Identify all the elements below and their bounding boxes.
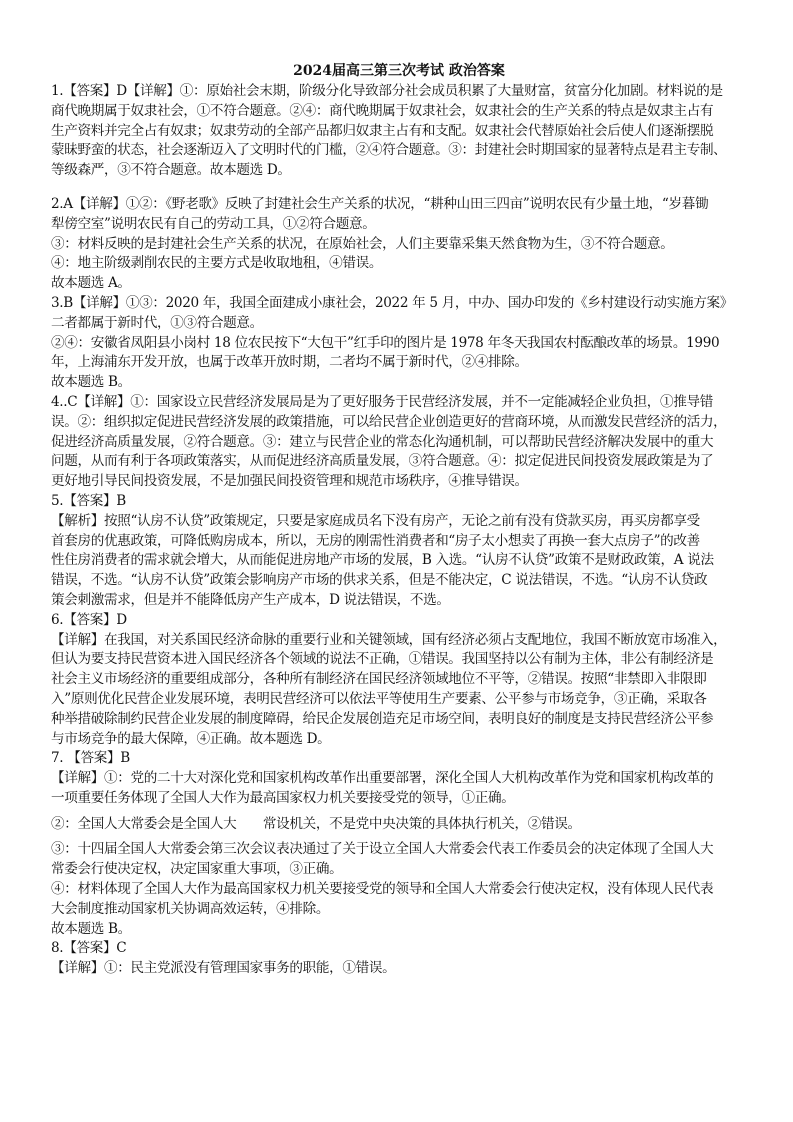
text-line: ④：地主阶级剥削农民的主要方式是收取地租，④错误。 bbox=[51, 254, 747, 274]
text-line: ②：全国人大常委会是全国人大 常设机关，不是党中央决策的具体执行机关，②错误。 bbox=[51, 815, 747, 835]
text-line: ③：十四届全国人大常委会第三次会议表决通过了关于设立全国人大常委会代表工作委员会… bbox=[51, 840, 747, 860]
text-line: 商代晚期属于奴隶社会，①不符合题意。②④：商代晚期属于奴隶社会，奴隶社会的生产关… bbox=[51, 102, 747, 122]
text-line: 策会刺激需求，但是并不能降低房产生产成本，D 说法错误，不选。 bbox=[51, 591, 747, 611]
text-line: 5.【答案】B bbox=[51, 492, 747, 512]
answer-q3: 3.B【详解】①③：2020 年，我国全面建成小康社会，2022 年 5 月，中… bbox=[51, 294, 747, 393]
answer-q7: 7. 【答案】B 【详解】①：党的二十大对深化党和国家机构改革作出重要部署，深化… bbox=[51, 749, 747, 939]
text-line: 等级森严，③不符合题意。故本题选 D。 bbox=[51, 161, 747, 181]
answer-q4: 4..C【详解】①：国家设立民营经济发展局是为了更好服务于民营经济发展，并不一定… bbox=[51, 393, 747, 492]
text-line: ②④：安徽省凤阳县小岗村 18 位农民按下“大包干”红手印的图片是 1978 年… bbox=[51, 334, 747, 354]
text-line: 6.【答案】D bbox=[51, 611, 747, 631]
text-line: 3.B【详解】①③：2020 年，我国全面建成小康社会，2022 年 5 月，中… bbox=[51, 294, 747, 314]
document-title: 2024届高三第三次考试 政治答案 bbox=[51, 62, 747, 80]
text-line: 8.【答案】C bbox=[51, 939, 747, 959]
answer-q1: 1.【答案】D【详解】①：原始社会末期，阶级分化导致部分社会成员积累了大量财富，… bbox=[51, 82, 747, 181]
answer-q5: 5.【答案】B 【解析】按照“认房不认贷”政策规定，只要是家庭成员名下没有房产，… bbox=[51, 492, 747, 611]
text-line: 年，上海浦东开发开放，也属于改革开放时期，二者均不属于新时代，②④排除。 bbox=[51, 353, 747, 373]
text-line: 首套房的优惠政策，可降低购房成本，所以，无房的刚需性消费者和“房子太小想卖了再换… bbox=[51, 532, 747, 552]
text-line: 【详解】①：党的二十大对深化党和国家机构改革作出重要部署，深化全国人大机构改革作… bbox=[51, 769, 747, 789]
text-line: 1.【答案】D【详解】①：原始社会末期，阶级分化导致部分社会成员积累了大量财富，… bbox=[51, 82, 747, 102]
answer-q8: 8.【答案】C 【详解】①：民主党派没有管理国家事务的职能，①错误。 bbox=[51, 939, 747, 979]
text-line: 【详解】在我国，对关系国民经济命脉的重要行业和关键领域，国有经济必须占支配地位，… bbox=[51, 631, 747, 651]
text-line: 常委会行使决定权，决定国家重大事项，③正确。 bbox=[51, 860, 747, 880]
text-line: 4..C【详解】①：国家设立民营经济发展局是为了更好服务于民营经济发展，并不一定… bbox=[51, 393, 747, 413]
answer-q2: 2.A【详解】①②：《野老歌》反映了封建社会生产关系的状况，“耕种山田三四亩”说… bbox=[51, 195, 747, 294]
text-line: 7. 【答案】B bbox=[51, 749, 747, 769]
text-line: 故本题选 B。 bbox=[51, 920, 747, 940]
spacer bbox=[51, 181, 747, 195]
text-line: 故本题选 B。 bbox=[51, 373, 747, 393]
text-line: 促进经济高质量发展，②符合题意。③：建立与民营企业的常态化沟通机制，可以帮助民营… bbox=[51, 433, 747, 453]
text-line: 一项重要任务体现了全国人大作为最高国家权力机关要接受党的领导，①正确。 bbox=[51, 789, 747, 809]
text-line: 故本题选 A。 bbox=[51, 274, 747, 294]
text-line: 问题，从而有利于各项政策落实，从而促进经济高质量发展，③符合题意。④：拟定促进民… bbox=[51, 452, 747, 472]
text-line: 社会主义市场经济的重要组成部分，各种所有制经济在国民经济领域地位不平等，②错误。… bbox=[51, 670, 747, 690]
text-line: 与市场竞争的最大保障，④正确。故本题选 D。 bbox=[51, 730, 747, 750]
text-line: 性住房消费者的需求就会增大，从而能促进房地产市场的发展，B 入选。“认房不认贷”… bbox=[51, 551, 747, 571]
text-line: 蒙昧野蛮的状态，社会逐渐迈入了文明时代的门槛，②④符合题意。③：封建社会时期国家… bbox=[51, 141, 747, 161]
text-line: 犁傍空室”说明农民有自己的劳动工具，①②符合题意。 bbox=[51, 215, 747, 235]
text-line: 2.A【详解】①②：《野老歌》反映了封建社会生产关系的状况，“耕种山田三四亩”说… bbox=[51, 195, 747, 215]
text-line: 【详解】①：民主党派没有管理国家事务的职能，①错误。 bbox=[51, 959, 747, 979]
answer-document: 2024届高三第三次考试 政治答案 1.【答案】D【详解】①：原始社会末期，阶级… bbox=[51, 62, 747, 979]
text-line: 【解析】按照“认房不认贷”政策规定，只要是家庭成员名下没有房产，无论之前有没有贷… bbox=[51, 512, 747, 532]
text-line: 入”原则优化民营企业发展环境，表明民营经济可以依法平等使用生产要素、公平参与市场… bbox=[51, 690, 747, 710]
text-line: 种举措破除制约民营企业发展的制度障碍，给民企发展创造充足市场空间，表明良好的制度… bbox=[51, 710, 747, 730]
text-line: 错误，不选。“认房不认贷”政策会影响房产市场的供求关系，但是不能决定，C 说法错… bbox=[51, 571, 747, 591]
text-line: 生产资料并完全占有奴隶；奴隶劳动的全部产品都归奴隶主占有和支配。奴隶社会代替原始… bbox=[51, 122, 747, 142]
text-line: ③：材料反映的是封建社会生产关系的状况，在原始社会，人们主要靠采集天然食物为生，… bbox=[51, 235, 747, 255]
text-line: 二者都属于新时代，①③符合题意。 bbox=[51, 314, 747, 334]
text-line: 但认为要支持民营资本进入国民经济各个领域的说法不正确，①错误。我国坚持以公有制为… bbox=[51, 650, 747, 670]
text-line: 大会制度推动国家机关协调高效运转，④排除。 bbox=[51, 900, 747, 920]
text-line: ④：材料体现了全国人大作为最高国家权力机关要接受党的领导和全国人大常委会行使决定… bbox=[51, 880, 747, 900]
answer-q6: 6.【答案】D 【详解】在我国，对关系国民经济命脉的重要行业和关键领域，国有经济… bbox=[51, 611, 747, 750]
text-line: 更好地引导民间投资发展，不是加强民间投资管理和规范市场秩序，④推导错误。 bbox=[51, 472, 747, 492]
text-line: 误。②：组织拟定促进民营经济发展的政策措施，可以给民营企业创造更好的营商环境，从… bbox=[51, 413, 747, 433]
